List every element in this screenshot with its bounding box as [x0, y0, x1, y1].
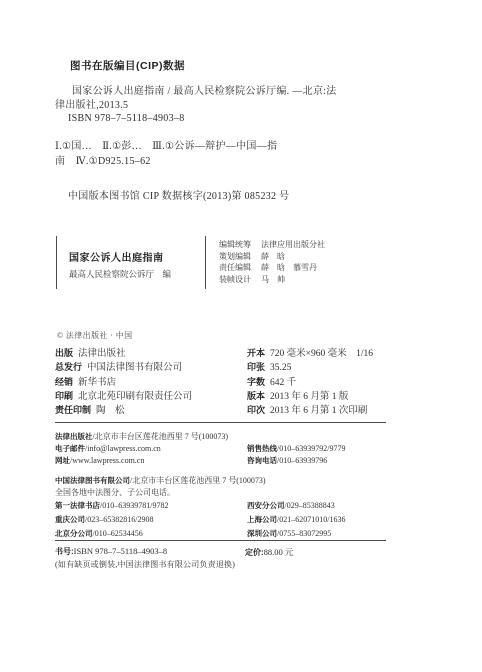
pub-value: 中国法律图书有限公司	[87, 363, 182, 373]
credit-label: 策划编辑	[219, 252, 251, 261]
contact-cell: 咨询电话/010–63939796	[247, 455, 327, 467]
credit-row: 责任编辑薛 晗 慕雪丹	[219, 262, 325, 274]
branch-cell: 深圳公司/0755–83072995	[247, 527, 331, 541]
credit-value: 薛 晗 慕雪丹	[261, 263, 317, 272]
pub-value: 2013 年 6 月第 1 版	[270, 392, 348, 402]
branch-row: 第一法律书店/010–63939781/9782 西安分公司/029–85388…	[55, 499, 386, 513]
branch-label: 重庆公司	[55, 515, 85, 524]
contact-value: /010–63939796	[277, 456, 327, 465]
pub-row: 开本720 毫米×960 毫米 1/16	[247, 347, 373, 361]
credits-section: 国家公诉人出庭指南 最高人民检察院公诉厅 编 编辑统筹法律应用出版分社 策划编辑…	[56, 236, 396, 289]
credit-row: 装帧设计马 帅	[219, 274, 325, 286]
cip-class-line1: Ⅰ.①国… Ⅱ.①彭… Ⅲ.①公诉—辩护—中国—指	[55, 140, 400, 155]
pub-row: 版本2013 年 6 月第 1 版	[247, 390, 373, 404]
pub-label: 印张	[247, 362, 265, 372]
cip-isbn-line: ISBN 978–7–5118–4903–8	[68, 113, 185, 124]
pub-value: 642 千	[270, 378, 296, 388]
company-address-row: 中国法律图书有限公司/北京市丰台区莲花池西里 7 号(100073)	[55, 475, 386, 487]
book-number-value: ISBN 978–7–5118–4903–8	[74, 546, 167, 556]
return-note: (如有缺页或倒装,中国法律图书有限公司负责退换)	[55, 559, 235, 570]
contact-value: /010–63939792/9779	[277, 444, 345, 453]
pub-label: 总发行	[55, 362, 82, 372]
publisher-address-row: 法律出版社/北京市丰台区莲花池西里 7 号(100073)	[55, 431, 386, 443]
credit-value: 薛 晗	[261, 252, 285, 261]
cip-title-paragraph: 国家公诉人出庭指南 / 最高人民检察院公诉厅编. —北京:法 律出版社,2013…	[55, 85, 400, 112]
credit-label: 编辑统筹	[219, 240, 251, 249]
contact-value: /info@lawpress.com.cn	[85, 444, 161, 453]
pub-label: 开本	[247, 348, 265, 358]
credit-label: 责任编辑	[219, 263, 251, 272]
pub-value: 720 毫米×960 毫米 1/16	[270, 349, 373, 359]
footer-row: 书号:ISBN 978–7–5118–4903–8 定价:88.00 元	[55, 546, 386, 557]
cip-heading: 图书在版编目(CIP)数据	[70, 58, 185, 73]
branch-value: /021–62071010/1636	[277, 515, 345, 524]
pub-value: 法律出版社	[78, 349, 126, 359]
credit-value: 法律应用出版分社	[261, 240, 325, 249]
pub-value: 陶 松	[96, 406, 125, 416]
contact-value: /www.lawpress.com.cn	[70, 456, 144, 465]
contact-row: 电子邮件/info@lawpress.com.cn 销售热线/010–63939…	[55, 443, 386, 455]
publication-right-column: 开本720 毫米×960 毫米 1/16 印张35.25 字数642 千 版本2…	[247, 347, 373, 418]
cip-class-line2: 南 Ⅳ.①D925.15–62	[55, 155, 400, 170]
branch-cell: 西安分公司/029–85388843	[247, 499, 335, 513]
pub-label: 印刷	[55, 391, 73, 401]
price-value: 88.00 元	[264, 547, 294, 557]
contact-cell: 销售热线/010–63939792/9779	[247, 443, 345, 455]
pub-value: 2013 年 6 月第 1 次印刷	[270, 406, 367, 416]
contact-label: 网址	[55, 456, 70, 465]
pub-row: 总发行中国法律图书有限公司	[55, 361, 192, 375]
spacer	[55, 468, 386, 475]
pub-row: 字数642 千	[247, 376, 373, 390]
contact-cell: 网址/www.lawpress.com.cn	[55, 456, 144, 465]
contact-label: 中国法律图书有限公司	[55, 476, 130, 485]
branch-value: /023–65382816/2908	[85, 515, 153, 524]
branch-label: 第一法律书店	[55, 501, 100, 510]
cip-title-line1: 国家公诉人出庭指南 / 最高人民检察院公诉厅编. —北京:法	[55, 85, 400, 99]
book-number-label: 书号:	[55, 547, 74, 556]
credit-label: 装帧设计	[219, 275, 251, 284]
book-author: 最高人民检察院公诉厅 编	[69, 268, 205, 280]
branch-value: /0755–83072995	[277, 529, 331, 538]
pub-label: 责任印制	[55, 405, 91, 415]
pub-value: 新华书店	[78, 378, 116, 388]
copyright-line: © 法律出版社 · 中国	[57, 330, 133, 341]
pub-row: 经销新华书店	[55, 376, 192, 390]
branch-label: 西安分公司	[247, 501, 285, 510]
credit-row: 策划编辑薛 晗	[219, 251, 325, 263]
branch-cell: 第一法律书店/010–63939781/9782	[55, 501, 168, 510]
divider	[55, 540, 386, 541]
contact-label: 电子邮件	[55, 444, 85, 453]
credit-value: 马 帅	[261, 275, 285, 284]
contact-cell: 电子邮件/info@lawpress.com.cn	[55, 444, 161, 453]
branch-value: /029–85388843	[285, 501, 335, 510]
contact-value: /北京市丰台区莲花池西里 7 号(100073)	[130, 476, 266, 485]
pub-row: 出版法律出版社	[55, 347, 192, 361]
pub-value: 北京北苑印刷有限责任公司	[78, 392, 192, 402]
contact-value: /北京市丰台区莲花池西里 7 号(100073)	[93, 432, 229, 441]
branch-label: 上海公司	[247, 515, 277, 524]
cip-classification: Ⅰ.①国… Ⅱ.①彭… Ⅲ.①公诉—辩护—中国—指 南 Ⅳ.①D925.15–6…	[55, 140, 400, 169]
pub-label: 字数	[247, 377, 265, 387]
divider	[55, 422, 386, 423]
branch-value: /010–62534456	[93, 529, 143, 538]
branch-cell: 重庆公司/023–65382816/2908	[55, 515, 153, 524]
pub-label: 出版	[55, 348, 73, 358]
branch-cell: 北京分公司/010–62534456	[55, 529, 143, 538]
contact-label: 销售热线	[247, 444, 277, 453]
price-label: 定价:	[245, 548, 264, 557]
price: 定价:88.00 元	[245, 546, 293, 558]
branch-note-row: 全国各地中法图分、子公司电话。	[55, 487, 386, 499]
pub-row: 印张35.25	[247, 361, 373, 375]
branch-row: 重庆公司/023–65382816/2908 上海公司/021–62071010…	[55, 513, 386, 527]
publication-left-column: 出版法律出版社 总发行中国法律图书有限公司 经销新华书店 印刷北京北苑印刷有限责…	[55, 347, 192, 418]
cip-title-line2: 律出版社,2013.5	[55, 99, 400, 113]
branch-row: 北京分公司/010–62534456 深圳公司/0755–83072995	[55, 527, 386, 541]
branch-value: /010–63939781/9782	[100, 501, 168, 510]
pub-label: 版本	[247, 391, 265, 401]
cip-record-number: 中国版本图书馆 CIP 数据核字(2013)第 085232 号	[68, 187, 289, 202]
pub-label: 印次	[247, 405, 265, 415]
contact-section: 法律出版社/北京市丰台区莲花池西里 7 号(100073) 电子邮件/info@…	[55, 431, 386, 541]
book-title-box: 国家公诉人出庭指南 最高人民检察院公诉厅 编	[56, 236, 205, 289]
pub-row: 印次2013 年 6 月第 1 次印刷	[247, 404, 373, 418]
credit-row: 编辑统筹法律应用出版分社	[219, 239, 325, 251]
contact-row: 网址/www.lawpress.com.cn 咨询电话/010–63939796	[55, 455, 386, 467]
copyright-page: 图书在版编目(CIP)数据 国家公诉人出庭指南 / 最高人民检察院公诉厅编. —…	[0, 0, 482, 672]
editors-box: 编辑统筹法律应用出版分社 策划编辑薛 晗 责任编辑薛 晗 慕雪丹 装帧设计马 帅	[205, 236, 325, 289]
contact-label: 法律出版社	[55, 432, 93, 441]
contact-label: 咨询电话	[247, 456, 277, 465]
branch-label: 深圳公司	[247, 529, 277, 538]
pub-value: 35.25	[270, 363, 291, 373]
pub-row: 印刷北京北苑印刷有限责任公司	[55, 390, 192, 404]
pub-label: 经销	[55, 377, 73, 387]
book-title: 国家公诉人出庭指南	[69, 249, 205, 264]
book-number: 书号:ISBN 978–7–5118–4903–8	[55, 546, 167, 556]
branch-label: 北京分公司	[55, 529, 93, 538]
pub-row: 责任印制陶 松	[55, 404, 192, 418]
branch-cell: 上海公司/021–62071010/1636	[247, 513, 345, 527]
